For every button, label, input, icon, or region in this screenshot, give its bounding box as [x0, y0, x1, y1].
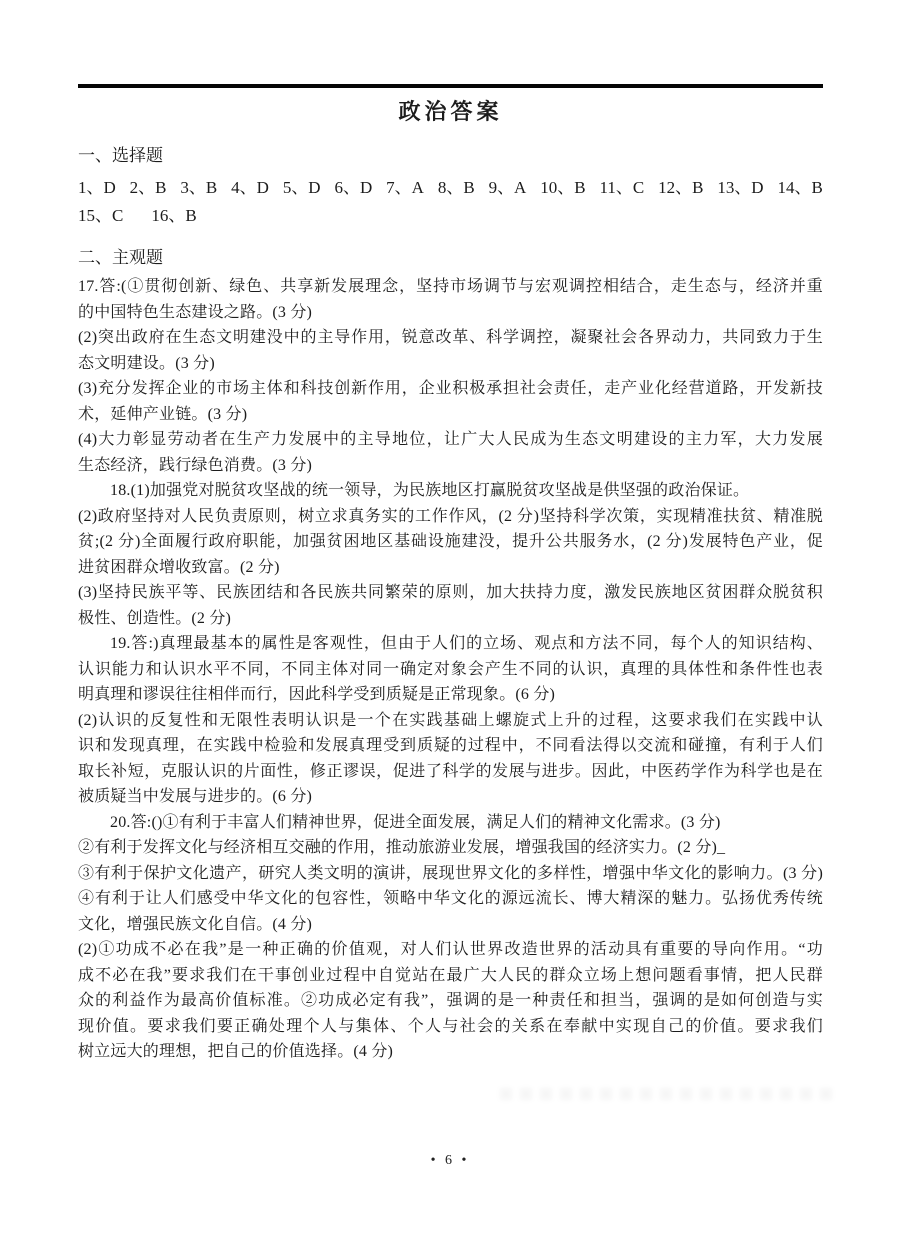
choice-answer: 9、A [489, 174, 527, 202]
answer-line: 态文明建设。(3 分) [78, 351, 823, 377]
answer-line: 树立远大的理想，把自己的价值选择。(4 分) [78, 1039, 823, 1065]
answer-line: 进贫困群众增收致富。(2 分) [78, 555, 823, 581]
choice-answer: 3、B [180, 174, 217, 202]
subjective-section: 二、主观题 17.答:(①贯彻创新、绿色、共享新发展理念，坚持市场调节与宏观调控… [78, 246, 823, 1065]
choice-answer: 6、D [334, 174, 372, 202]
document-page: 政治答案 一、选择题 1、D 2、B 3、B 4、D 5、D 6、D 7、A 8… [0, 0, 900, 1246]
page-title: 政治答案 [78, 98, 823, 126]
answer-line: ③有利于保护文化遗产，研究人类文明的演讲，展现世界文化的多样性，增强中华文化的影… [78, 861, 823, 887]
choice-answer: 7、A [386, 174, 424, 202]
choice-answer: 13、D [717, 174, 763, 202]
answer-line: 贫;(2 分)全面履行政府职能，加强贫困地区基础设施建没，提升公共服务水，(2 … [78, 529, 823, 555]
answer-line: 20.答:()①有利于丰富人们精神世界，促进全面发展，满足人们的精神文化需求。(… [78, 810, 823, 836]
section-heading-subjective: 二、主观题 [78, 246, 823, 270]
header-rule [78, 84, 823, 88]
section-heading-choice: 一、选择题 [78, 144, 823, 168]
answer-line: (2)①功成不必在我”是一种正确的价值观，对人们认世界改造世界的活动具有重要的导… [78, 937, 823, 963]
answer-line: 文化，增强民族文化自信。(4 分) [78, 912, 823, 938]
answer-line: ④有利于让人们感受中华文化的包容性，领略中华文化的源远流长、博大精深的魅力。弘扬… [78, 886, 823, 912]
choice-answer: 4、D [231, 174, 269, 202]
answer-line: (2)政府坚持对人民负责原则，树立求真务实的工作作风，(2 分)坚持科学次策，实… [78, 504, 823, 530]
choice-answers-row-1: 1、D 2、B 3、B 4、D 5、D 6、D 7、A 8、B 9、A 10、B… [78, 174, 823, 202]
page-number: • 6 • [0, 1152, 900, 1170]
answer-line: (2)认识的反复性和无限性表明认识是一个在实践基础上螺旋式上升的过程，这要求我们… [78, 708, 823, 734]
answer-line: 认识能力和认识水平不同，不同主体对同一确定对象会产生不同的认识，真理的具体性和条… [78, 657, 823, 683]
choice-answer: 8、B [438, 174, 475, 202]
multiple-choice-section: 一、选择题 1、D 2、B 3、B 4、D 5、D 6、D 7、A 8、B 9、… [78, 144, 823, 230]
answer-line: 生态经济，践行绿色消费。(3 分) [78, 453, 823, 479]
faint-watermark [500, 1088, 840, 1100]
answer-line: 17.答:(①贯彻创新、绿色、共享新发展理念，坚持市场调节与宏观调控相结合，走生… [78, 274, 823, 300]
choice-answer: 5、D [283, 174, 321, 202]
choice-answer: 15、C [78, 202, 123, 230]
answer-line: 术，延伸产业链。(3 分) [78, 402, 823, 428]
answer-line: 的中国特色生态建设之路。(3 分) [78, 300, 823, 326]
answer-line: 众的利益作为最高价值标准。②功成必定有我”，强调的是一种责任和担当，强调的是如何… [78, 988, 823, 1014]
subjective-answers: 17.答:(①贯彻创新、绿色、共享新发展理念，坚持市场调节与宏观调控相结合，走生… [78, 274, 823, 1065]
answer-line: 明真理和谬误往往相伴而行，因此科学受到质疑是正常现象。(6 分) [78, 682, 823, 708]
choice-answer: 11、C [599, 174, 644, 202]
answer-line: (3)充分发挥企业的市场主体和科技创新作用，企业积极承担社会责任，走产业化经营道… [78, 376, 823, 402]
choice-answer: 1、D [78, 174, 116, 202]
answer-line: 取长补短，克服认识的片面性，修正谬误，促进了科学的发展与进步。因此，中医药学作为… [78, 759, 823, 785]
answer-line: (4)大力彰显劳动者在生产力发展中的主导地位，让广大人民成为生态文明建设的主力军… [78, 427, 823, 453]
answer-line: 成不必在我”要求我们在干事创业过程中自觉站在最广大人民的群众立场上想问题看事情，… [78, 963, 823, 989]
choice-answer: 16、B [151, 202, 196, 230]
choice-answer: 2、B [130, 174, 167, 202]
answer-line: ②有利于发挥文化与经济相互交融的作用，推动旅游业发展，增强我国的经济实力。(2 … [78, 835, 823, 861]
choice-answers-row-2: 15、C 16、B [78, 202, 823, 230]
answer-line: (3)坚持民族平等、民族团结和各民族共同繁荣的原则，加大扶持力度，激发民族地区贫… [78, 580, 823, 606]
choice-answer: 12、B [658, 174, 703, 202]
answer-line: 现价值。要求我们要正确处理个人与集体、个人与社会的关系在奉献中实现自己的价值。要… [78, 1014, 823, 1040]
answer-line: (2)突出政府在生态文明建没中的主导作用，锐意改革、科学调控，凝聚社会各界动力，… [78, 325, 823, 351]
answer-line: 识和发现真理，在实践中检验和发展真理受到质疑的过程中，不同看法得以交流和碰撞，有… [78, 733, 823, 759]
choice-answer: 10、B [540, 174, 585, 202]
answer-line: 被质疑当中发展与进步的。(6 分) [78, 784, 823, 810]
choice-answer: 14、B [777, 174, 822, 202]
page-content: 政治答案 一、选择题 1、D 2、B 3、B 4、D 5、D 6、D 7、A 8… [78, 0, 823, 1065]
answer-line: 19.答:)真理最基本的属性是客观性，但由于人们的立场、观点和方法不同，每个人的… [78, 631, 823, 657]
answer-line: 18.(1)加强党对脱贫攻坚战的统一领导，为民族地区打赢脱贫攻坚战是供坚强的政治… [78, 478, 823, 504]
answer-line: 极性、创造性。(2 分) [78, 606, 823, 632]
